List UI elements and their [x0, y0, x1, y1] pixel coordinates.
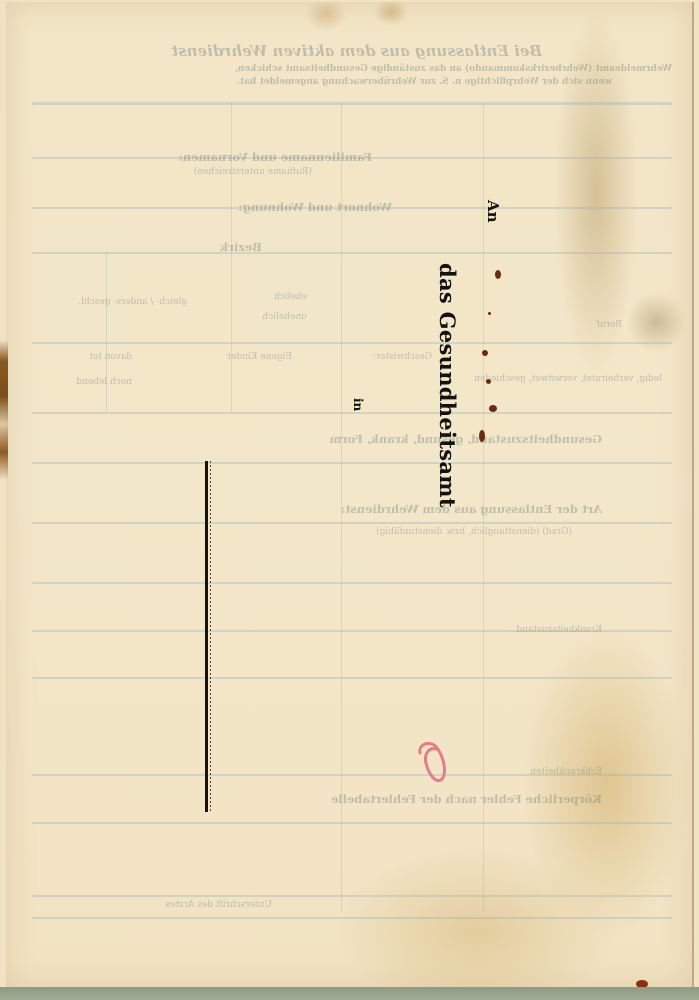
ghost-field: Unterschrift des Arztes: [165, 900, 272, 910]
ghost-field: (Grad) (diensttauglich, bzw. dienstunfäh…: [376, 527, 572, 537]
ghost-field: Bezirk: [220, 240, 262, 254]
ghost-heading: Bei Entlassung aus dem aktiven Wehrdiens…: [171, 42, 542, 60]
scanned-page: Bei Entlassung aus dem aktiven Wehrdiens…: [0, 0, 699, 1000]
address-line-in: in: [351, 398, 365, 411]
ghost-field: Wohnort und Wohnung:: [238, 200, 392, 214]
ghost-field: Geschwister:: [373, 352, 432, 362]
handwritten-zero-mark: [414, 737, 454, 785]
ghost-field: Art der Entlassung aus dem Wehrdienst:: [341, 502, 602, 516]
cover-edge: [0, 987, 699, 1000]
rust-spot: [495, 270, 501, 279]
rust-spot: [488, 312, 491, 315]
rust-spot: [486, 379, 491, 384]
ghost-field: Familienname und Vornamen:: [178, 150, 372, 164]
ghost-field: Beruf: [597, 320, 622, 330]
ghost-field: Gesundheitszustand, gesund, krank, Form: [329, 432, 602, 446]
paper-sheet: Bei Entlassung aus dem aktiven Wehrdiens…: [6, 2, 694, 987]
bleed-through-form: Bei Entlassung aus dem aktiven Wehrdiens…: [6, 2, 692, 987]
address-rule: [205, 461, 208, 812]
ghost-field: davon tot: [89, 352, 132, 362]
edge-stain: [0, 340, 8, 480]
address-line-an: An: [484, 200, 502, 223]
ghost-field: ehelich: [274, 292, 307, 302]
ghost-field: gleich- / anders- geschl.: [78, 297, 187, 307]
rust-spot: [489, 405, 497, 412]
address-rule-dotted: [210, 461, 211, 812]
ghost-subheading-1: Wehrmeldeamt (Wehrbezirkskommando) an da…: [235, 64, 672, 74]
ghost-field: Erbkrankheiten: [530, 767, 602, 777]
ghost-field: noch lebend: [76, 377, 132, 387]
ghost-field: (Rufname unterstreichen): [194, 167, 312, 177]
ghost-subheading-2: wenn sich der Wehrpflichtige n. S. zur W…: [237, 77, 612, 87]
address-line-gesundheitsamt: das Gesundheitsamt: [435, 263, 460, 508]
rust-spot: [479, 430, 485, 442]
ghost-field: Krankheitszustand: [516, 625, 602, 635]
ghost-field: Körperliche Fehler nach der Fehlertabell…: [331, 792, 602, 806]
rust-spot: [482, 350, 488, 356]
ghost-field: ledig, verheiratet, verwitwet, geschiede…: [474, 374, 662, 384]
ghost-field: Eigene Kinder: [227, 352, 292, 362]
ghost-field: unehelich: [262, 312, 307, 322]
